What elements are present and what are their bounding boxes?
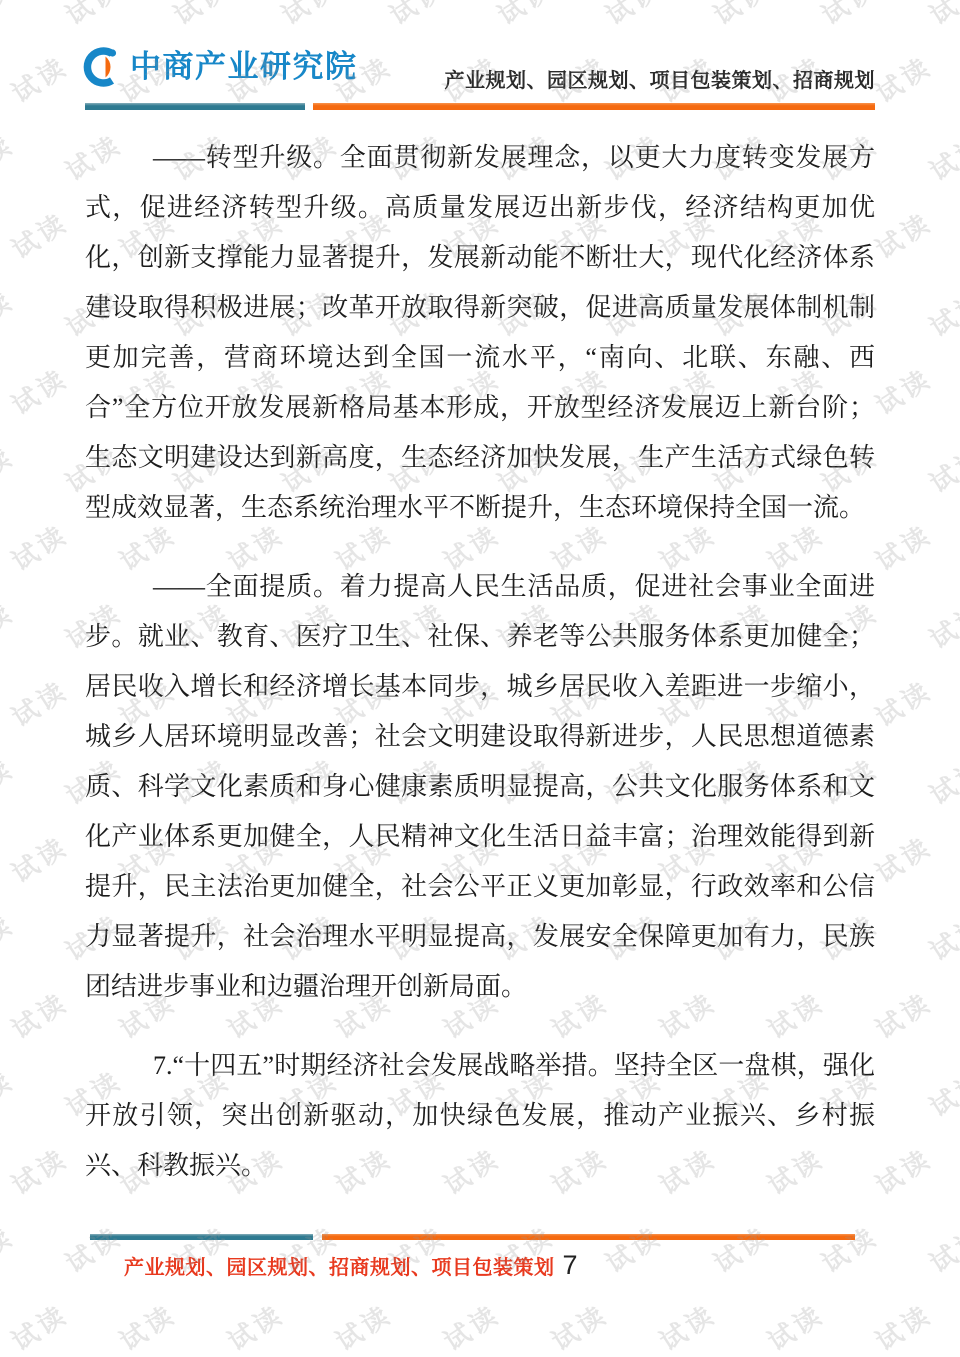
page-footer: 产业规划、园区规划、招商规划、项目包装策划 7 <box>124 1250 578 1281</box>
footer-rule-orange <box>322 1234 855 1240</box>
document-page: 中商产业研究院 产业规划、园区规划、项目包装策划、招商规划 ——转型升级。全面贯… <box>0 0 960 1357</box>
brand: 中商产业研究院 <box>83 47 358 87</box>
document-body: ——转型升级。全面贯彻新发展理念，以更大力度转变发展方式，促进经济转型升级。高质… <box>85 133 875 1220</box>
footer-services: 产业规划、园区规划、招商规划、项目包装策划 <box>124 1251 555 1280</box>
paragraph-transformation-upgrade: ——转型升级。全面贯彻新发展理念，以更大力度转变发展方式，促进经济转型升级。高质… <box>85 133 875 533</box>
header-tagline: 产业规划、园区规划、项目包装策划、招商规划 <box>445 64 876 93</box>
brand-name: 中商产业研究院 <box>130 47 358 87</box>
paragraph-overall-quality: ——全面提质。着力提高人民生活品质，促进社会事业全面进步。就业、教育、医疗卫生、… <box>85 562 875 1012</box>
header-rule-orange <box>313 103 875 110</box>
footer-rule-teal <box>90 1234 313 1240</box>
header-rule-teal <box>85 103 305 110</box>
brand-logo-icon <box>83 47 123 87</box>
paragraph-strategic-measures: 7.“十四五”时期经济社会发展战略举措。坚持全区一盘棋，强化开放引领，突出创新驱… <box>85 1041 875 1191</box>
page-number: 7 <box>563 1250 578 1281</box>
